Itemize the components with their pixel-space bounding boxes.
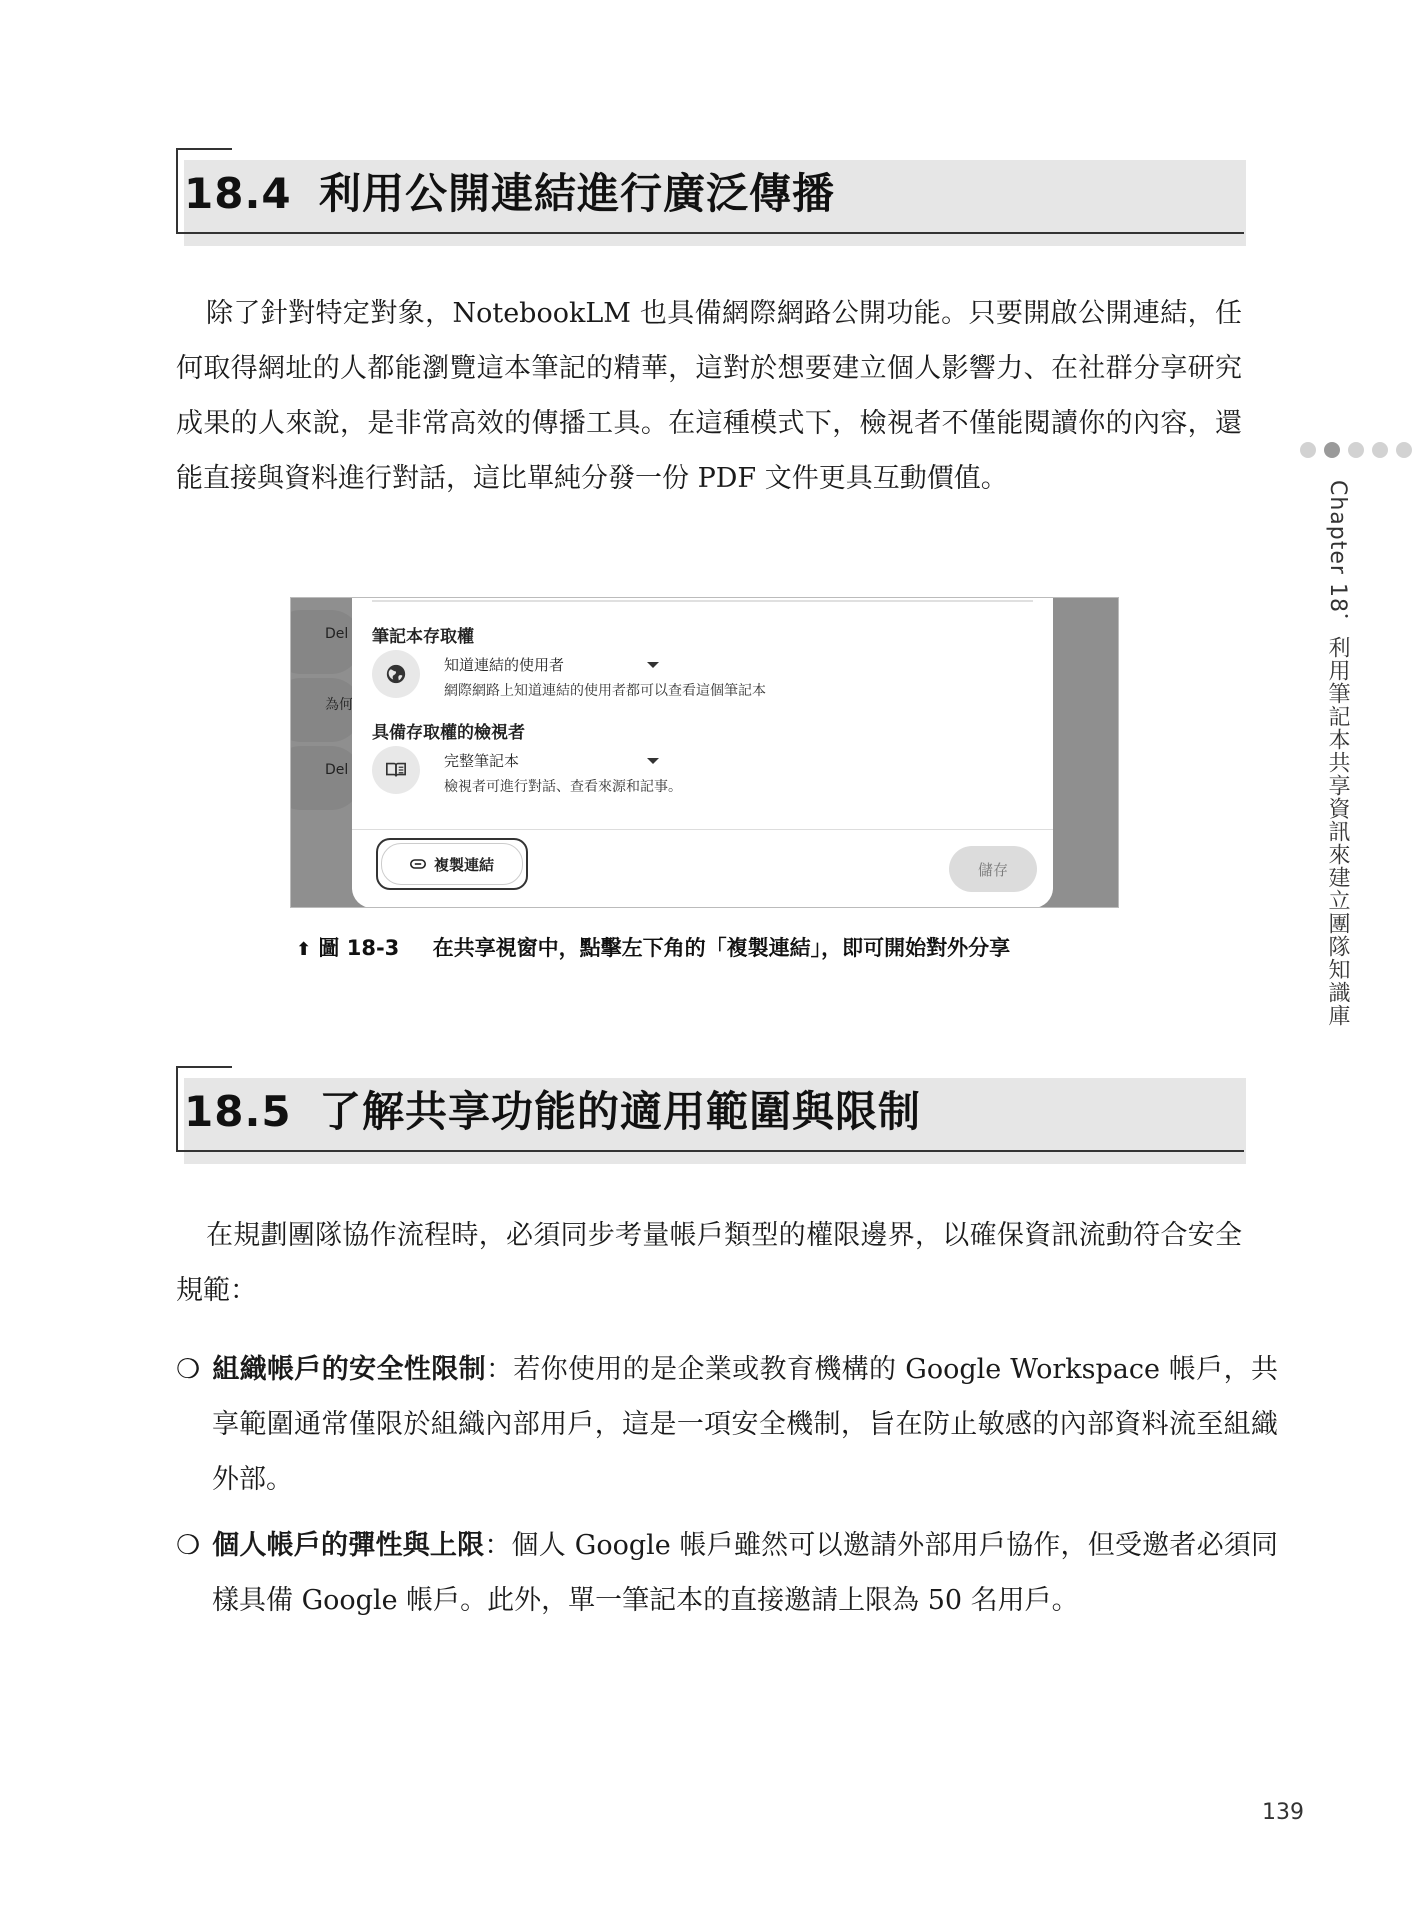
copy-link-button[interactable]: 複製連結 <box>376 838 528 890</box>
chapter-progress-dots <box>1300 442 1412 458</box>
copy-link-label: 複製連結 <box>434 854 494 875</box>
caption-text: 在共享視窗中，點擊左下角的「複製連結」，即可開始對外分享 <box>433 936 1011 960</box>
dot <box>1348 442 1364 458</box>
circle-bullet-icon: ❍ <box>176 1342 212 1397</box>
caret-down-icon[interactable] <box>647 758 659 764</box>
viewer-access-heading: 具備存取權的檢視者 <box>372 718 525 743</box>
body-paragraph: 在規劃團隊協作流程時，必須同步考量帳戶類型的權限邊界，以確保資訊流動符合安全規範… <box>176 1208 1242 1318</box>
bullet-term: 個人帳戶的彈性與上限 <box>212 1530 484 1561</box>
figure-number: 圖 18-3 <box>318 936 399 960</box>
caption-arrow-icon: ⬆ <box>296 939 311 960</box>
section-title: 了解共享功能的適用範圍與限制 <box>319 1087 921 1136</box>
circle-bullet-icon: ❍ <box>176 1518 212 1573</box>
share-dialog: 筆記本存取權 知道連結的使用者 網際網路上知道連結的使用者都可以查看這個筆記本 … <box>352 597 1053 908</box>
background-item: Del <box>325 626 348 642</box>
save-button[interactable]: 儲存 <box>949 846 1037 892</box>
dot-active <box>1324 442 1340 458</box>
dot <box>1372 442 1388 458</box>
bullet-term: 組織帳戶的安全性限制 <box>212 1354 486 1385</box>
section-number: 18.5 <box>184 1084 319 1140</box>
viewer-description: 檢視者可進行對話、查看來源和記事。 <box>444 776 682 796</box>
notebook-access-heading: 筆記本存取權 <box>372 622 474 647</box>
access-dropdown[interactable]: 知道連結的使用者 <box>444 654 564 675</box>
page-number: 139 <box>1262 1800 1304 1825</box>
figure-caption: ⬆ 圖 18-3 在共享視窗中，點擊左下角的「複製連結」，即可開始對外分享 <box>296 932 1010 962</box>
link-icon <box>410 859 426 869</box>
dot <box>1300 442 1316 458</box>
access-description: 網際網路上知道連結的使用者都可以查看這個筆記本 <box>444 680 766 700</box>
chapter-side-title: Chapter 18．利用筆記本共享資訊來建立團隊知識庫 <box>1322 480 1353 1027</box>
body-paragraph: 除了針對特定對象，NotebookLM 也具備網際網路公開功能。只要開啟公開連結… <box>176 286 1242 506</box>
background-item: Del <box>325 762 348 778</box>
section-title: 利用公開連結進行廣泛傳播 <box>319 169 835 218</box>
section-number: 18.4 <box>184 166 319 222</box>
globe-icon <box>372 650 420 698</box>
section-heading-18-4: 18.4利用公開連結進行廣泛傳播 <box>176 148 1244 238</box>
bullet-item: ❍個人帳戶的彈性與上限：個人 Google 帳戶雖然可以邀請外部用戶協作，但受邀… <box>176 1518 1278 1628</box>
bullet-item: ❍組織帳戶的安全性限制：若你使用的是企業或教育機構的 Google Worksp… <box>176 1342 1278 1507</box>
dot <box>1396 442 1412 458</box>
viewer-dropdown[interactable]: 完整筆記本 <box>444 750 519 771</box>
caret-down-icon[interactable] <box>647 662 659 668</box>
share-dialog-screenshot: Del 為何 Del 筆記本存取權 知道連結的使用者 網際網路上知道連結的使用者… <box>290 597 1119 908</box>
book-icon <box>372 746 420 794</box>
section-heading-18-5: 18.5了解共享功能的適用範圍與限制 <box>176 1066 1244 1156</box>
background-item: 為何 <box>325 694 353 714</box>
